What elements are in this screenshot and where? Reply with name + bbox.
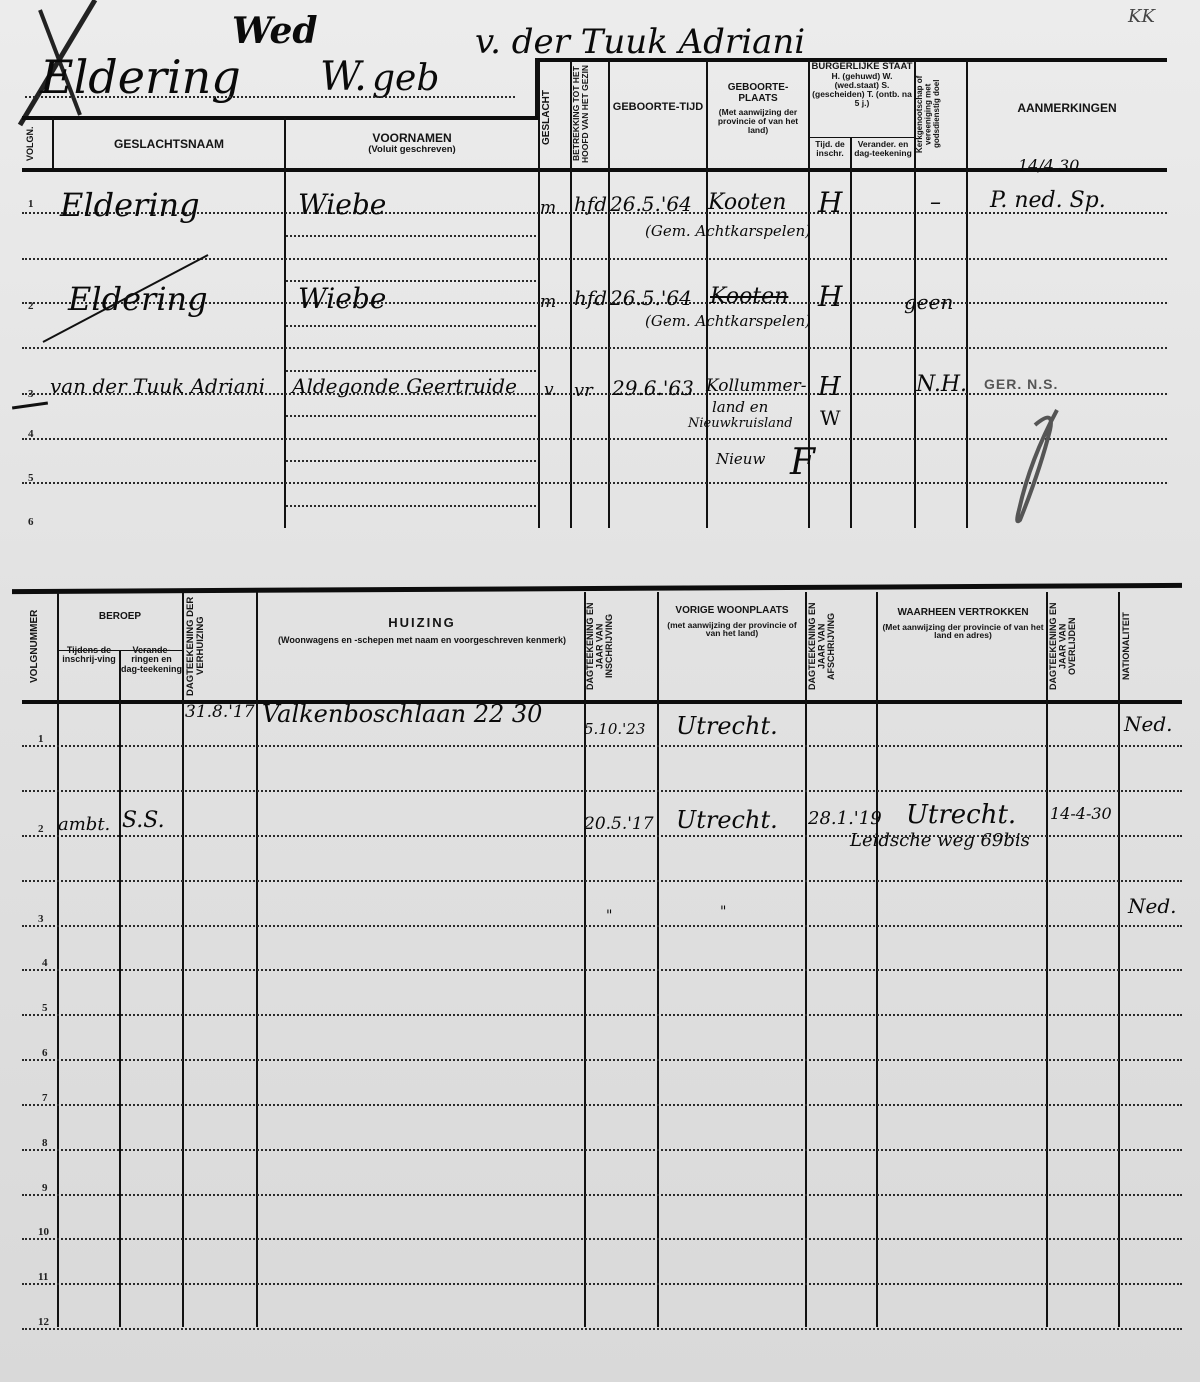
hdr-vorige-title: VORIGE WOONPLAATS xyxy=(675,605,788,616)
head-status: Wed xyxy=(232,10,318,52)
header-bottom-rule xyxy=(22,168,1167,172)
row-line xyxy=(22,969,1182,971)
row-line xyxy=(22,482,1167,484)
row-number: 6 xyxy=(42,1047,48,1059)
col-rule xyxy=(657,592,659,1327)
cell-voornamen: Wiebe xyxy=(298,282,386,315)
cell-bs-tijd: H xyxy=(818,280,842,313)
col-rule xyxy=(584,592,586,1327)
cell-beroep-veranderingen: S.S. xyxy=(122,808,165,833)
cell-geboorteplaats: Kooten xyxy=(710,284,788,309)
cell-betrekking: hfd xyxy=(574,192,607,216)
row-line xyxy=(22,1194,1182,1196)
row-line xyxy=(22,1238,1182,1240)
cell-geslachtsnaam: Eldering xyxy=(60,186,200,224)
hdr-huizing-sub: (Woonwagens en -schepen met naam en voor… xyxy=(262,636,582,645)
cell-bs-tijd-3: F xyxy=(790,442,815,483)
cell-geboorteplaats-gem: (Gem. Achtkarspelen) xyxy=(645,312,811,330)
hdr-bs-tijd: Tijd. de inschr. xyxy=(810,140,850,158)
hdr-waarheen: WAARHEEN VERTROKKEN (Met aanwijzing der … xyxy=(880,608,1046,640)
cell-geboortetijd: 29.6.'63 xyxy=(612,376,694,400)
cell-nationaliteit: Ned. xyxy=(1124,712,1173,736)
cell-geboorteplaats-4: Nieuw xyxy=(716,450,765,468)
col-rule xyxy=(284,118,286,528)
col-rule xyxy=(182,592,184,1327)
cell-geboorteplaats-2: land en xyxy=(712,398,768,416)
cell-aanmerkingen-date: 14/4 30 xyxy=(1018,156,1079,175)
register-card: KK Eldering Wed W. geb v. der Tuuk Adria… xyxy=(0,0,1200,1382)
hdr-huizing: HUIZING (Woonwagens en -schepen met naam… xyxy=(262,616,582,645)
hdr-beroep-veranderingen: Verande-ringen en dag-teekening xyxy=(121,646,182,674)
row-line xyxy=(286,460,536,462)
row-number: 5 xyxy=(28,472,34,484)
pencil-mark xyxy=(1005,400,1065,530)
hdr-waarheen-sub: (Met aanwijzing der provincie of van het… xyxy=(880,623,1046,641)
cell-vorige-woonplaats: Utrecht. xyxy=(676,712,778,740)
row-marker xyxy=(12,402,48,410)
head-maiden: v. der Tuuk Adriani xyxy=(475,22,805,62)
row-line xyxy=(22,1104,1182,1106)
row-line xyxy=(22,438,1167,440)
hdr-bs-sub: H. (gehuwd) W. (wed.staat) S. (gescheide… xyxy=(810,72,914,108)
row-number: 9 xyxy=(42,1182,48,1194)
row-number: 12 xyxy=(38,1316,49,1328)
row-line xyxy=(22,1283,1182,1285)
cell-waarheen: Utrecht. xyxy=(906,800,1016,830)
col-rule xyxy=(966,60,968,528)
bs-sub-rule xyxy=(808,137,914,138)
cell-geboorteplaats: Kooten xyxy=(708,190,786,215)
hdr-geboorteplaats: GEBOORTE-PLAATS (Met aanwijzing der prov… xyxy=(710,83,806,135)
name-dotted-line xyxy=(25,96,515,98)
hdr-geboortetijd: GEBOORTE-TIJD xyxy=(610,98,706,118)
cell-geboortetijd: 26.5.'64 xyxy=(610,192,692,216)
ger-ns-stamp: GER. N.S. xyxy=(984,376,1058,392)
col-rule xyxy=(706,60,708,528)
hdr-vorige-sub: (met aanwijzing der provincie of van het… xyxy=(660,621,804,639)
cell-nationaliteit: Ned. xyxy=(1128,894,1177,918)
cell-geslacht: v. xyxy=(544,380,557,400)
row-number: 5 xyxy=(42,1002,48,1014)
cell-geslacht: m xyxy=(540,292,556,312)
head-geb: geb xyxy=(372,58,439,99)
corner-mark: KK xyxy=(1128,6,1155,27)
hdr-voornamen-title: VOORNAMEN xyxy=(372,131,451,145)
cell-bs-tijd: H xyxy=(818,372,841,402)
hdr-dag-inschrijving: DAGTEEKENING EN JAAR VAN INSCHRIJVING xyxy=(586,594,656,698)
col-rule xyxy=(57,592,59,1327)
cell-aanmerkingen: P. ned. Sp. xyxy=(990,188,1106,213)
cell-dag-verhuizing: 31.8.'17 xyxy=(185,702,255,722)
row-number: 3 xyxy=(28,388,34,400)
header-name-rule xyxy=(22,116,538,120)
cell-kerk: – xyxy=(930,190,941,215)
row-line xyxy=(22,790,1182,792)
hdr-beroep-tijdens: Tijdens de inschrij-ving xyxy=(59,646,119,665)
row-number: 11 xyxy=(38,1271,48,1283)
hdr-dag-afschrijving: DAGTEEKENING EN JAAR VAN AFSCHRIJVING xyxy=(808,594,874,698)
hdr-huizing-title: HUIZING xyxy=(388,615,455,630)
hdr-dag-overlijden: DAGTEEKENING EN JAAR VAN OVERLIJDEN xyxy=(1049,594,1117,698)
row-number: 6 xyxy=(28,516,34,528)
row-line xyxy=(22,1328,1182,1330)
cell-kerk: N.H. xyxy=(916,372,967,397)
row-line xyxy=(22,880,1182,882)
hdr-geslacht: GESLACHT xyxy=(542,70,568,165)
cell-betrekking: hfd xyxy=(574,286,607,310)
cell-dag-inschrijving: 20.5.'17 xyxy=(584,814,654,834)
col-rule xyxy=(119,650,121,1327)
row-line xyxy=(22,925,1182,927)
row-number: 2 xyxy=(38,823,44,835)
hdr-volgn: VOLGN. xyxy=(26,122,48,166)
cell-voornamen: Aldegonde Geertruide xyxy=(292,374,517,398)
cell-geboorteplaats: Kollummer- xyxy=(706,376,806,396)
hdr-aanmerkingen: AANMERKINGEN xyxy=(968,102,1166,115)
row-line xyxy=(22,1149,1182,1151)
hdr-voornamen-sub: (Voluit geschreven) xyxy=(288,145,536,155)
row-line xyxy=(286,505,536,507)
hdr-volgnummer: VOLGNUMMER xyxy=(30,596,54,696)
hdr-beroep: BEROEP xyxy=(58,612,182,623)
col-rule xyxy=(256,592,258,1327)
cell-dag-inschrijving-ditto: " xyxy=(606,908,612,924)
row-line xyxy=(286,415,536,417)
cell-dag-inschrijving: 5.10.'23 xyxy=(584,720,645,738)
cell-vorige-woonplaats-ditto: " xyxy=(720,904,726,920)
bottom-header-top-rule xyxy=(12,583,1182,594)
cell-kerk: geen xyxy=(904,290,953,314)
row-number: 2 xyxy=(28,300,34,312)
col-rule xyxy=(52,118,54,168)
hdr-kerkgenootschap: Kerkgenootschap of vereeniging met godsd… xyxy=(916,62,964,166)
col-rule xyxy=(1118,592,1120,1327)
cell-geboorteplaats-gem: (Gem. Achtkarspelen) xyxy=(645,222,811,240)
row-number: 10 xyxy=(38,1226,49,1238)
col-rule xyxy=(805,592,807,1327)
strike-line xyxy=(38,250,218,350)
row-line xyxy=(286,325,536,327)
row-line xyxy=(286,235,536,237)
hdr-burgerlijke-staat: BURGERLIJKE STAAT H. (gehuwd) W. (wed.st… xyxy=(810,62,914,108)
cell-dag-afschrijving: 28.1.'19 xyxy=(808,808,882,829)
hdr-voornamen: VOORNAMEN (Voluit geschreven) xyxy=(288,132,536,155)
row-line xyxy=(22,745,1182,747)
row-number: 4 xyxy=(28,428,34,440)
cell-geslachtsnaam: van der Tuuk Adriani xyxy=(50,374,265,398)
hdr-nationaliteit: NATIONALITEIT xyxy=(1122,594,1178,698)
row-number: 7 xyxy=(42,1092,48,1104)
row-line xyxy=(22,1014,1182,1016)
cell-vorige-woonplaats: Utrecht. xyxy=(676,806,778,834)
hdr-geboorteplaats-title: GEBOORTE-PLAATS xyxy=(728,82,789,104)
col-rule xyxy=(1046,592,1048,1327)
cell-geboortetijd: 26.5.'64 xyxy=(610,286,692,310)
row-number: 3 xyxy=(38,913,44,925)
cell-beroep-tijdens: ambt. xyxy=(58,814,110,835)
row-number: 1 xyxy=(28,198,34,210)
hdr-dagteekening-verhuizing: DAGTEEKENING DER VERHUIZING xyxy=(186,594,254,698)
row-number: 1 xyxy=(38,733,44,745)
row-number: 8 xyxy=(42,1137,48,1149)
row-line xyxy=(22,1059,1182,1061)
hdr-vorige-woonplaats: VORIGE WOONPLAATS (met aanwijzing der pr… xyxy=(660,606,804,638)
col-rule xyxy=(876,592,878,1327)
head-initial: W. xyxy=(320,54,367,100)
cell-dag-overlijden: 14-4-30 xyxy=(1050,804,1112,823)
col-rule xyxy=(850,138,852,528)
hdr-bs-verander: Verander. en dag-teekening xyxy=(852,140,914,158)
cell-bs-tijd-2: W xyxy=(820,406,841,430)
cell-voornamen: Wiebe xyxy=(298,188,386,221)
cell-huizing: Valkenboschlaan 22 30 xyxy=(262,700,542,728)
row-line xyxy=(286,370,536,372)
cell-betrekking: vr xyxy=(574,380,593,401)
cell-geslacht: m xyxy=(540,198,556,218)
hdr-geboorteplaats-sub: (Met aanwijzing der provincie of van het… xyxy=(710,108,806,135)
cell-geboorteplaats-3: Nieuwkruisland xyxy=(688,416,793,431)
hdr-geslachtsnaam: GESLACHTSNAAM xyxy=(56,138,282,151)
hdr-betrekking: BETREKKING TOT HET HOOFD VAN HET GEZIN xyxy=(572,62,606,166)
row-number: 4 xyxy=(42,957,48,969)
cell-waarheen-adres: Leidsche weg 69bis xyxy=(850,830,1030,851)
hdr-waarheen-title: WAARHEEN VERTROKKEN xyxy=(897,607,1028,618)
cell-bs-tijd: H xyxy=(818,186,842,219)
